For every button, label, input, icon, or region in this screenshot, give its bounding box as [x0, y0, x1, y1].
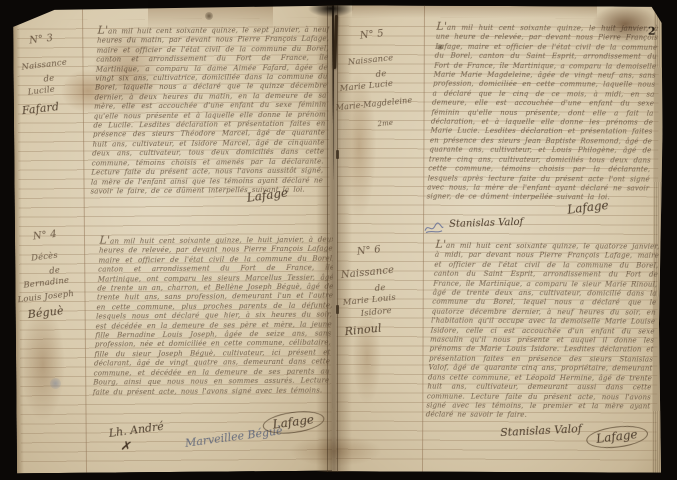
register-photo: N° 3 Naissance de Lucile Fafard L'an mil… [0, 0, 677, 480]
entry4-signature-andre: Lh. André [108, 420, 164, 440]
blue-ink-spot [50, 378, 61, 389]
page-edge [13, 8, 24, 473]
entry6-margin-type: Naissance [340, 265, 394, 281]
ink-smudge [308, 0, 354, 17]
entry6-number: N° 6 [356, 244, 381, 257]
entry3-margin-firstname: Lucile [27, 85, 55, 98]
entry4-margin-middlenames: Louis Joseph [17, 289, 74, 305]
entry5-annotation-valof: Stanislas Valof [449, 217, 524, 230]
right-page: 2 N° 5 Naissance de Marie Lucie Marie-Ma… [332, 5, 663, 472]
entry5-margin-firstnames: Marie Lucie [339, 79, 393, 94]
stitch-mark [336, 150, 339, 159]
entry5-margin-de: de [375, 69, 387, 80]
entry4-margin-type: Décès [31, 251, 59, 264]
stitch-mark [336, 305, 339, 314]
margin-rule [422, 6, 425, 472]
entry5-number: N° 5 [359, 28, 384, 41]
entry3-act-text: L'an mil huit cent soixante quinze, le s… [90, 24, 330, 202]
entry4-act-text: L'an mil huit cent soixante quinze, le h… [92, 234, 336, 416]
margin-rule [82, 8, 87, 473]
entry3-margin-de: de [43, 74, 55, 85]
entry6-signature-valof: Stanislas Valof [500, 422, 582, 439]
left-page: N° 3 Naissance de Lucile Fafard L'an mil… [13, 6, 336, 474]
blue-paraph-icon [423, 222, 445, 235]
ink-spot [205, 12, 213, 20]
ink-spot [437, 44, 443, 50]
entry6-margin-middlename: Isidore [360, 306, 392, 319]
signature-flourish-icon: ✗ [119, 438, 133, 455]
entry6-act-text: L'an mil huit cent soixante quinze, le q… [425, 240, 659, 423]
entry6-margin-de: de [374, 283, 386, 294]
entry4-margin-de: de [49, 265, 61, 276]
entry3-number: N° 3 [29, 33, 54, 47]
entry6-signature-lafage: Lafage [585, 423, 649, 451]
entry3-margin-type: Naissance [21, 58, 67, 73]
entry3-margin-surname: Fafard [21, 100, 60, 117]
entry4-number: N° 4 [32, 229, 57, 243]
entry5-margin-note: 2me [377, 119, 393, 129]
entry4-margin-surname: Béguè [27, 304, 64, 321]
entry4-margin-firstname: Bernadine [23, 276, 70, 291]
entry5-margin-type: Naissance [347, 53, 393, 68]
entry5-act-text: L'an mil huit cent soixante quinze, le h… [426, 22, 658, 203]
entry5-margin-surname: Marie-Magdeleine [335, 96, 412, 113]
entry6-margin-surname: Rinoul [344, 322, 382, 339]
